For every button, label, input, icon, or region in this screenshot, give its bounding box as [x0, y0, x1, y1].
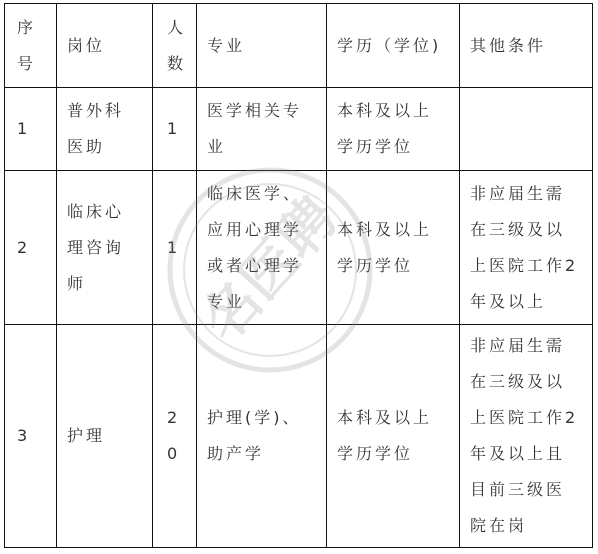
- cell-education: 本科及以上学历学位: [327, 171, 460, 325]
- header-count: 人数: [153, 4, 197, 88]
- header-education: 学历（学位): [327, 4, 460, 88]
- cell-serial: 1: [5, 88, 57, 171]
- cell-other: 非应届生需在三级及以上医院工作2年及以上且目前三级医院在岗: [460, 325, 593, 548]
- header-serial: 序号: [5, 4, 57, 88]
- cell-serial: 2: [5, 171, 57, 325]
- header-position: 岗位: [57, 4, 153, 88]
- cell-education: 本科及以上学历学位: [327, 325, 460, 548]
- recruitment-table: 序号 岗位 人数 专业 学历（学位) 其他条件 1 普外科医助 1 医学相关专业…: [4, 3, 593, 548]
- header-other: 其他条件: [460, 4, 593, 88]
- cell-position: 临床心理咨询师: [57, 171, 153, 325]
- cell-other: 非应届生需在三级及以上医院工作2年及以上: [460, 171, 593, 325]
- cell-major: 医学相关专业: [197, 88, 327, 171]
- table-row: 3 护理 20 护理(学)、助产学 本科及以上学历学位 非应届生需在三级及以上医…: [5, 325, 593, 548]
- header-major: 专业: [197, 4, 327, 88]
- cell-count: 1: [153, 88, 197, 171]
- cell-major: 护理(学)、助产学: [197, 325, 327, 548]
- cell-count: 20: [153, 325, 197, 548]
- cell-education: 本科及以上学历学位: [327, 88, 460, 171]
- cell-count: 1: [153, 171, 197, 325]
- table-header-row: 序号 岗位 人数 专业 学历（学位) 其他条件: [5, 4, 593, 88]
- cell-major: 临床医学、应用心理学或者心理学专业: [197, 171, 327, 325]
- cell-serial: 3: [5, 325, 57, 548]
- cell-position: 普外科医助: [57, 88, 153, 171]
- table-row: 1 普外科医助 1 医学相关专业 本科及以上学历学位: [5, 88, 593, 171]
- table-row: 2 临床心理咨询师 1 临床医学、应用心理学或者心理学专业 本科及以上学历学位 …: [5, 171, 593, 325]
- cell-other: [460, 88, 593, 171]
- cell-position: 护理: [57, 325, 153, 548]
